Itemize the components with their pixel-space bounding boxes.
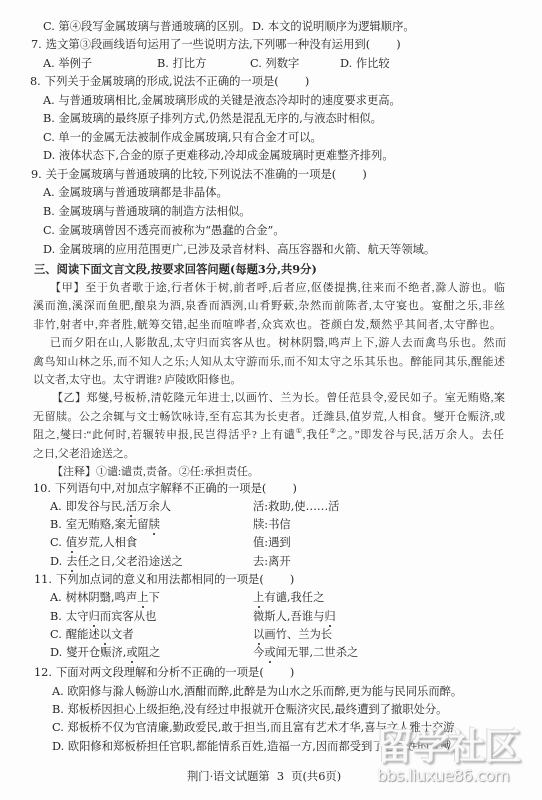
question-12-option-a: A. 欧阳修与滁人畅游山水,酒酣而醉,此醉是为山水之乐而醉,更为能与民同乐而醉。 <box>52 684 462 700</box>
question-10-gloss-b: 牍:书信 <box>253 517 291 533</box>
option-label: D. <box>50 646 62 659</box>
dotted-character: 上 <box>137 591 148 604</box>
question-12-option-b: B. 郑板桥因担心上级拒绝,没有经过申报就开仓赈济灾民,最终遭到了撤职处分。 <box>52 702 447 718</box>
question-7-option-d: D. 作比较 <box>340 56 390 72</box>
exam-page: C. 第④段写金属玻璃与普通玻璃的区别。 D. 本文的说明顺序为逻辑顺序。 7.… <box>0 0 542 800</box>
question-12-stem: 12.下面对两文段理解和分析不正确的一项是( ) <box>34 665 294 681</box>
option-text: 岁荒,人相食 <box>77 536 137 549</box>
option-text: 今 <box>253 646 264 659</box>
passage-yi-line-2: 无留牍。公之余辄与文士畅饮咏诗,至有忘其为长吏者。迁潍县,值岁荒,人相食。燮开仓… <box>33 409 505 425</box>
passage-jia-line-3: 非竹,射者中,弈者胜,觥筹交错,起坐而喧哗者,众宾欢也。苍颜白发,颓然乎其间者,… <box>33 317 501 333</box>
option-text: 文者 <box>111 628 134 641</box>
option-text: 即发谷与民, <box>66 500 126 513</box>
passage-text: 阻之,燮曰:“此何时,若辗转申报,民岂得活乎? 上有谴 <box>33 429 296 441</box>
question-text: 下列语句中,对加点字解释不正确的一项是( ) <box>55 482 297 495</box>
question-number: 11. <box>34 573 52 586</box>
question-text: 关于金属玻璃与普通玻璃的比较,下列说法不准确的一项是( ) <box>46 168 367 181</box>
question-9-option-b: B. 金属玻璃与普通玻璃的制造方法相似。 <box>43 204 251 220</box>
question-6-option-d: D. 本文的说明顺序为逻辑顺序。 <box>252 19 415 35</box>
dotted-character: 活 <box>126 500 137 513</box>
passage-jia-label: 【甲】 <box>50 282 85 294</box>
question-11-option-a-left: A.树林阴翳,鸣声上下 <box>50 590 160 606</box>
section-3-title: 三、阅读下面文言文段,按要求回答问题(每题3分,共9分) <box>34 261 317 277</box>
dotted-character: 或 <box>264 646 275 659</box>
question-11-option-d-right: 今或闻无罪,二世杀之 <box>253 645 358 661</box>
option-text: 下 <box>148 591 159 604</box>
question-9-option-c: C. 金属玻璃曾因不透亮而被称为“愚蠢的合金”。 <box>43 223 285 239</box>
question-7-option-c: C. 列数字 <box>250 56 299 72</box>
question-10-gloss-d: 去:离开 <box>253 554 291 570</box>
option-label: B. <box>50 610 62 623</box>
option-text: 微斯人,吾谁与 <box>253 610 324 623</box>
question-9-option-d: D. 金属玻璃的应用范围更广,已涉及录音材料、高压容器和火箭、航天等领域。 <box>43 242 435 258</box>
annotation-label: 【注释】 <box>52 466 96 478</box>
dotted-character: 以 <box>100 628 111 641</box>
question-text: 下列加点词的意义和用法都相同的一项是( ) <box>56 573 294 586</box>
option-label: A. <box>50 500 62 513</box>
passage-jia-line-1: 【甲】至于负者歌于途,行者休于树,前者呼,后者应,伛偻提携,往来而不绝者,滁人游… <box>50 280 505 296</box>
question-10-gloss-a: 活:救助,使……活 <box>253 499 339 515</box>
question-11-option-d-left: D.燮开仓赈济,或阻之 <box>50 645 160 661</box>
question-11-stem: 11.下列加点词的意义和用法都相同的一项是( ) <box>34 572 294 588</box>
question-11-option-b-left: B.太守归而宾客从也 <box>50 609 156 625</box>
question-7-stem: 7.选文第③段画线语句运用了一些说明方法,下列哪一种没有运用到( ) <box>31 37 401 53</box>
option-text: 太守 <box>66 610 89 623</box>
question-6-option-c: C. 第④段写金属玻璃与普通玻璃的区别。 <box>43 19 250 35</box>
passage-text: 郑燮,号板桥,清乾隆元年进士,以画竹、兰为长。曾任范县令,爱民如子。室无贿赂,案 <box>87 392 505 404</box>
question-11-option-c-right: 以画竹、兰为长 <box>253 627 332 643</box>
question-7-option-b: B. 打比方 <box>157 56 206 72</box>
question-number: 9. <box>31 168 42 181</box>
option-label: C. <box>50 536 62 549</box>
passage-text: 之。”即发谷与民,活万余人。去任 <box>337 429 504 441</box>
option-label: C. <box>50 628 62 641</box>
question-11-option-a-right: 上有谴,我任之 <box>253 590 324 606</box>
option-text: 树林阴翳,鸣声 <box>66 591 137 604</box>
passage-yi-line-1: 【乙】郑燮,号板桥,清乾隆元年进士,以画竹、兰为长。曾任范县令,爱民如子。室无贿… <box>52 390 505 406</box>
dotted-character: 或 <box>126 646 137 659</box>
option-text: 阻之 <box>138 646 161 659</box>
passage-text: ,我任 <box>303 429 330 441</box>
question-10-gloss-c: 值:遇到 <box>253 535 291 551</box>
question-11-option-c-left: C.醒能述以文者 <box>50 627 134 643</box>
passage-jia-line-4: 已而夕阳在山,人影散乱,太守归而宾客从也。树林阴翳,鸣声上下,游人去而禽鸟乐也。… <box>50 335 506 351</box>
dotted-character: 上 <box>253 591 264 604</box>
passage-jia-line-6: 以文者,太守也。太守谓谁? 庐陵欧阳修也。 <box>33 372 241 388</box>
passage-yi-line-3: 阻之,燮曰:“此何时,若辗转申报,民岂得活乎? 上有谴①,我任②之。”即发谷与民… <box>33 427 504 443</box>
question-text: 下面对两文段理解和分析不正确的一项是( ) <box>56 666 294 679</box>
annotation: 【注释】①谴:谴责,责备。②任:承担责任。 <box>52 464 259 480</box>
question-9-stem: 9.关于金属玻璃与普通玻璃的比较,下列说法不准确的一项是( ) <box>31 167 367 183</box>
question-number: 8. <box>30 75 41 88</box>
option-text: 闻无罪,二世杀之 <box>276 646 359 659</box>
dotted-character: 牍 <box>149 518 160 531</box>
passage-jia-line-5: 禽鸟知山林之乐,而不知人之乐;人知从太守游而乐,而不知太守之乐其乐也。醉能同其乐… <box>33 354 505 370</box>
dotted-character: 以 <box>253 628 264 641</box>
option-text: 醒能述 <box>66 628 100 641</box>
option-text: 画竹、兰为长 <box>264 628 332 641</box>
question-8-option-b: B. 金属玻璃的最终原子排列方式,仍然是混乱无序的,与液态时相似。 <box>43 111 382 127</box>
dotted-character: 归 <box>89 610 100 623</box>
option-text: 而宾客从也 <box>100 610 157 623</box>
watermark-logo: 留学社区 <box>376 727 520 767</box>
option-text: 燮开仓赈济, <box>66 646 126 659</box>
dotted-character: 去 <box>66 555 77 568</box>
footnote-marker-2: ② <box>330 427 337 435</box>
question-10-option-b: B.室无贿赂,案无留牍 <box>50 517 160 533</box>
option-text: 任之日,父老沿途送之 <box>78 555 183 568</box>
question-8-option-c: C. 单一的金属无法被制作成金属玻璃,只有合金才可以。 <box>43 130 322 146</box>
question-text: 下列关于金属玻璃的形成,说法不正确的一项是( ) <box>45 75 310 88</box>
option-label: B. <box>50 518 62 531</box>
annotation-text: ①谴:谴责,责备。②任:承担责任。 <box>96 466 259 478</box>
passage-yi-label: 【乙】 <box>52 392 87 404</box>
question-9-option-a: A. 金属玻璃与普通玻璃都是非晶体。 <box>43 185 228 201</box>
dotted-character: 归 <box>324 610 335 623</box>
question-text: 选文第③段画线语句运用了一些说明方法,下列哪一种没有运用到( ) <box>46 38 401 51</box>
question-10-option-c: C.值岁荒,人相食 <box>50 535 137 551</box>
question-11-option-b-right: 微斯人,吾谁与归 <box>253 609 336 625</box>
dotted-character: 值 <box>66 536 77 549</box>
passage-yi-line-4: 之日,父老沿途送之。 <box>33 446 135 462</box>
question-number: 12. <box>34 666 52 679</box>
question-10-stem: 10.下列语句中,对加点字解释不正确的一项是( ) <box>33 481 297 497</box>
question-8-option-d: D. 液体状态下,合金的原子更难移动,冷却成金属玻璃时更难整齐排列。 <box>43 148 394 164</box>
option-text: 室无贿赂,案无留 <box>66 518 149 531</box>
question-number: 10. <box>33 482 51 495</box>
question-8-option-a: A. 与普通玻璃相比,金属玻璃形成的关键是液态冷却时的速度要求更高。 <box>43 93 401 109</box>
option-label: A. <box>50 591 62 604</box>
page-footer: 荆门·语文试题第 3 页(共6页) <box>187 769 341 785</box>
question-number: 7. <box>31 38 42 51</box>
watermark-url: bbs.liuxue86.com <box>377 766 509 786</box>
question-10-option-d: D.去任之日,父老沿途送之 <box>50 554 183 570</box>
option-text: 万余人 <box>137 500 171 513</box>
footnote-marker-1: ① <box>296 427 303 435</box>
question-8-stem: 8.下列关于金属玻璃的形成,说法不正确的一项是( ) <box>30 74 309 90</box>
option-text: 有谴,我任之 <box>264 591 324 604</box>
passage-jia-line-2: 溪而渔,溪深而鱼肥,酿泉为酒,泉香而酒洌,山肴野蔌,杂然而前陈者,太守宴也。宴酣… <box>33 298 505 314</box>
question-7-option-a: A. 举例子 <box>43 56 92 72</box>
option-label: D. <box>50 555 62 568</box>
question-10-option-a: A.即发谷与民,活万余人 <box>50 499 171 515</box>
passage-text: 至于负者歌于途,行者休于树,前者呼,后者应,伛偻提携,往来而不绝者,滁人游也。临 <box>85 282 505 294</box>
